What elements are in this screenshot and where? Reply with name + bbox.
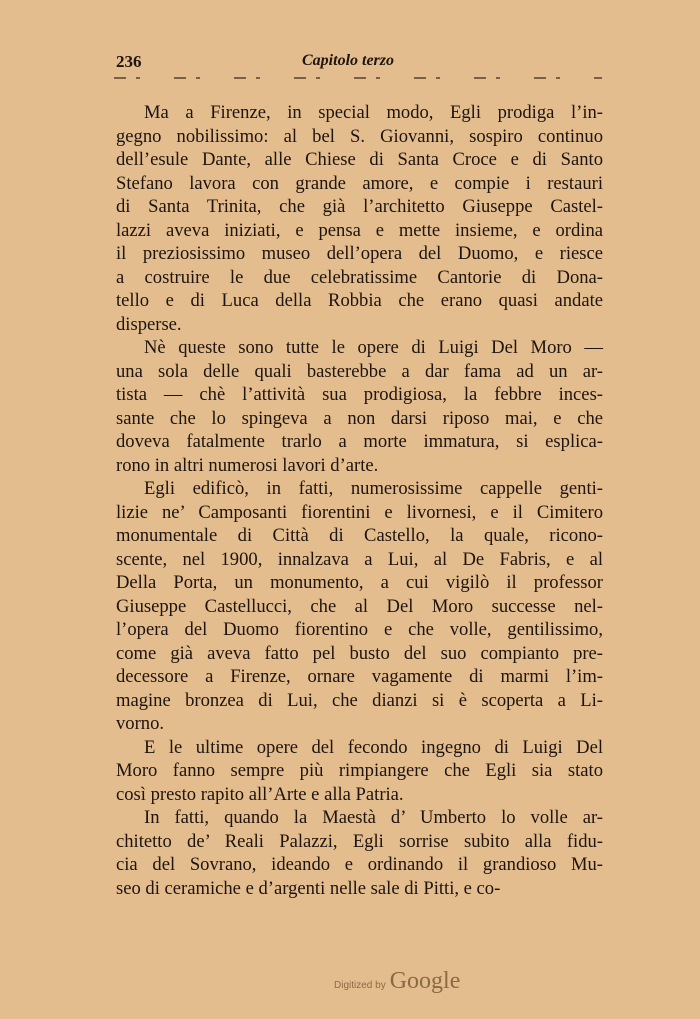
text-line: così presto rapito all’Arte e alla Patri…	[116, 783, 603, 807]
text-line: Nè queste sono tutte le opere di Luigi D…	[116, 336, 603, 360]
text-line: Giuseppe Castellucci, che al Del Moro su…	[116, 595, 603, 619]
text-line: Stefano lavora con grande amore, e compi…	[116, 172, 603, 196]
text-line: dell’esule Dante, alle Chiese di Santa C…	[116, 148, 603, 172]
text-line: Egli edificò, in fatti, numerosissime ca…	[116, 477, 603, 501]
page-header: 236 Capitolo terzo	[116, 52, 602, 76]
text-line: come già aveva fatto pel busto del suo c…	[116, 642, 603, 666]
text-line: magine bronzea di Lui, che dianzi si è s…	[116, 689, 603, 713]
text-line: una sola delle quali basterebbe a dar fa…	[116, 360, 603, 384]
running-head: Capitolo terzo	[302, 52, 394, 70]
text-line: Moro fanno sempre più rimpiangere che Eg…	[116, 759, 603, 783]
text-line: vorno.	[116, 712, 603, 736]
text-line: l’opera del Duomo fiorentino e che volle…	[116, 618, 603, 642]
text-line: E le ultime opere del fecondo ingegno di…	[116, 736, 603, 760]
text-line: a costruire le due celebratissime Cantor…	[116, 266, 603, 290]
text-line: di Santa Trinita, che già l’architetto G…	[116, 195, 603, 219]
text-line: tello e di Luca della Robbia che erano q…	[116, 289, 603, 313]
text-line: rono in altri numerosi lavori d’arte.	[116, 454, 603, 478]
text-line: monumentale di Città di Castello, la qua…	[116, 524, 603, 548]
google-logo: Google	[390, 968, 461, 995]
text-line: tista — chè l’attività sua prodigiosa, l…	[116, 383, 603, 407]
text-line: decessore a Firenze, ornare vagamente di…	[116, 665, 603, 689]
text-line: Ma a Firenze, in special modo, Egli prod…	[116, 101, 603, 125]
text-line: sante che lo spingeva a non darsi riposo…	[116, 407, 603, 431]
header-rule	[114, 77, 602, 79]
digitized-watermark: Digitized by Google	[334, 968, 460, 995]
text-line: lazzi aveva iniziati, e pensa e mette in…	[116, 219, 603, 243]
text-line: gegno nobilissimo: al bel S. Giovanni, s…	[116, 125, 603, 149]
text-line: disperse.	[116, 313, 603, 337]
text-line: lizie ne’ Camposanti fiorentini e livorn…	[116, 501, 603, 525]
digitized-by-label: Digitized by	[334, 980, 386, 991]
text-line: il preziosissimo museo dell’opera del Du…	[116, 242, 603, 266]
body-text: Ma a Firenze, in special modo, Egli prod…	[116, 101, 603, 900]
text-line: cia del Sovrano, ideando e ordinando il …	[116, 853, 603, 877]
text-line: chitetto de’ Reali Palazzi, Egli sorrise…	[116, 830, 603, 854]
text-line: scente, nel 1900, innalzava a Lui, al De…	[116, 548, 603, 572]
text-line: doveva fatalmente trarlo a morte immatur…	[116, 430, 603, 454]
text-line: seo di ceramiche e d’argenti nelle sale …	[116, 877, 603, 901]
page-number: 236	[116, 52, 142, 72]
text-line: Della Porta, un monumento, a cui vigilò …	[116, 571, 603, 595]
text-line: In fatti, quando la Maestà d’ Umberto lo…	[116, 806, 603, 830]
